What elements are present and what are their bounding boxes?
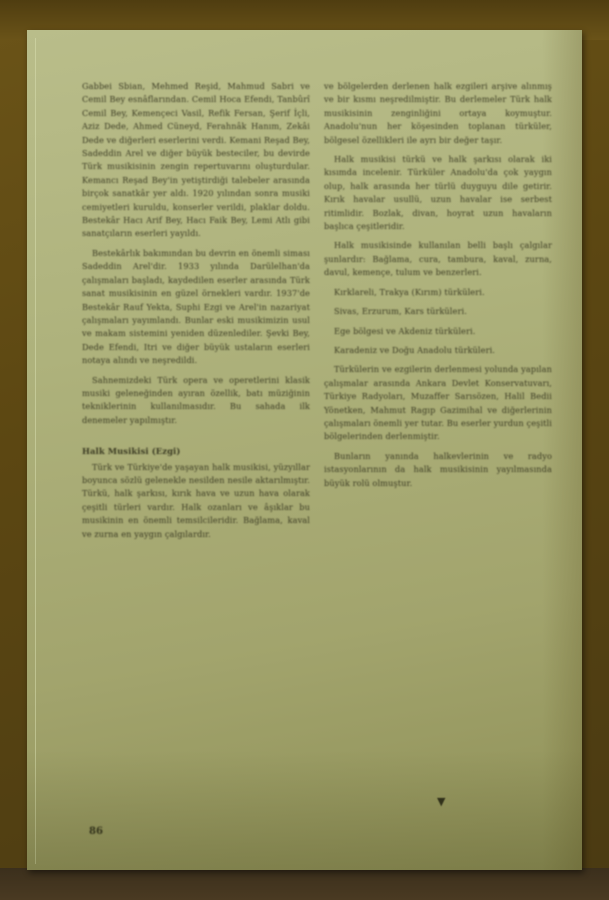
book-page: Gabbei Sbian, Mehmed Reşid, Mahmud Sabri… bbox=[27, 30, 582, 870]
paragraph: Türkülerin ve ezgilerin derlenmesi yolun… bbox=[324, 363, 552, 443]
page-shadow bbox=[542, 30, 582, 870]
list-line: Karadeniz ve Doğu Anadolu türküleri. bbox=[324, 344, 552, 357]
section-heading: Halk Musikisi (Ezgi) bbox=[82, 445, 310, 458]
left-column: Gabbei Sbian, Mehmed Reşid, Mahmud Sabri… bbox=[82, 80, 310, 547]
page-shadow bbox=[27, 750, 582, 870]
paragraph: ve bölgelerden derlenen halk ezgileri ar… bbox=[324, 80, 552, 147]
paragraph: Halk musikisi türkü ve halk şarkısı olar… bbox=[324, 153, 552, 233]
list-line: Sivas, Erzurum, Kars türküleri. bbox=[324, 305, 552, 318]
list-line: Ege bölgesi ve Akdeniz türküleri. bbox=[324, 325, 552, 338]
wood-background-bottom bbox=[0, 868, 609, 900]
right-column: ve bölgelerden derlenen halk ezgileri ar… bbox=[324, 80, 552, 496]
list-line: Kırklareli, Trakya (Kırım) türküleri. bbox=[324, 286, 552, 299]
paragraph: Sahnemizdeki Türk opera ve operetlerini … bbox=[82, 374, 310, 428]
paragraph: Türk ve Türkiye'de yaşayan halk musikisi… bbox=[82, 461, 310, 541]
paragraph: Halk musikisinde kullanılan belli başlı … bbox=[324, 239, 552, 279]
paragraph: Bestekârlık bakımından bu devrin en önem… bbox=[82, 247, 310, 368]
paragraph: Gabbei Sbian, Mehmed Reşid, Mahmud Sabri… bbox=[82, 80, 310, 241]
paragraph: Bunların yanında halkevlerinin ve radyo … bbox=[324, 450, 552, 490]
